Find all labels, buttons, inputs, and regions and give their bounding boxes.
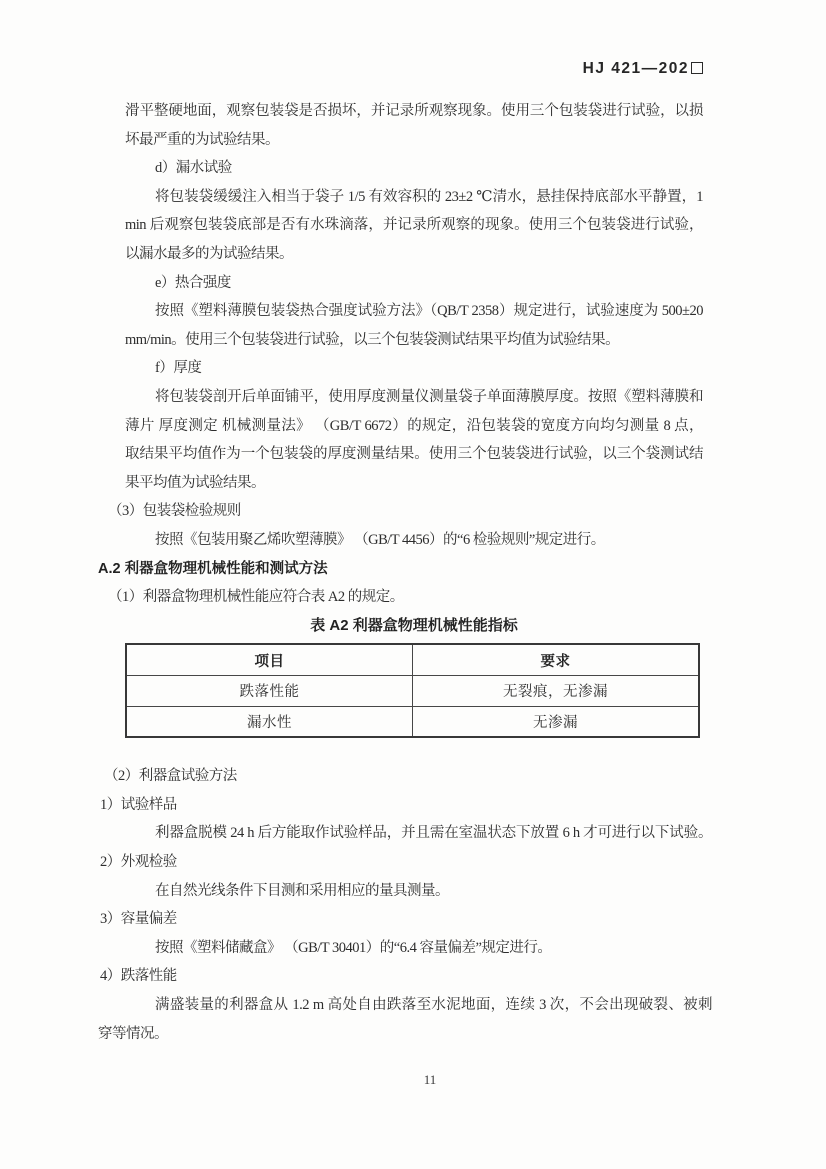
document-page: HJ 421—202 滑平整硬地面，观察包装袋是否损坏，并记录所观察现象。使用三… [0, 0, 826, 1169]
list-item-1: （1）利器盒物理机械性能应符合表 A2 的规定。 [108, 583, 703, 612]
year-placeholder-box [691, 62, 703, 74]
body-line: 利器盒脱模 24 h 后方能取作试验样品，并且需在室温状态下放置 6 h 才可进… [98, 819, 712, 848]
table-cell: 无渗漏 [413, 706, 700, 737]
table-header-requirement: 要求 [413, 644, 700, 675]
body-line: 将包装袋剖开后单面铺平，使用厚度测量仪测量袋子单面薄膜厚度。按照《塑料薄膜和 [125, 383, 703, 412]
table-row: 漏水性 无渗漏 [126, 706, 699, 737]
list-item-f: f）厚度 [125, 354, 703, 383]
document-body: 滑平整硬地面，观察包装袋是否损坏，并记录所观察现象。使用三个包装袋进行试验，以损… [98, 97, 712, 1048]
section-heading-a2: A.2 利器盒物理机械性能和测试方法 [98, 555, 712, 584]
body-line: 滑平整硬地面，观察包装袋是否损坏，并记录所观察现象。使用三个包装袋进行试验，以损 [125, 97, 703, 126]
document-header: HJ 421—202 [583, 60, 703, 78]
table-row: 跌落性能 无裂痕，无渗漏 [126, 675, 699, 706]
list-item-1-num: 1）试验样品 [100, 791, 712, 820]
table-a2: 项目 要求 跌落性能 无裂痕，无渗漏 漏水性 无渗漏 [125, 643, 700, 738]
list-item-3-num: 3）容量偏差 [100, 905, 712, 934]
body-line: 将包装袋缓缓注入相当于袋子 1/5 有效容积的 23±2 ℃清水，悬挂保持底部水… [125, 183, 703, 212]
table-header-row: 项目 要求 [126, 644, 699, 675]
list-item-2-num: 2）外观检验 [100, 848, 712, 877]
table-cell: 漏水性 [126, 706, 413, 737]
table-header-item: 项目 [126, 644, 413, 675]
list-item-4-num: 4）跌落性能 [100, 962, 712, 991]
test-methods-section: （2）利器盒试验方法 1）试验样品 利器盒脱模 24 h 后方能取作试验样品，并… [98, 762, 712, 1048]
page-number: 11 [0, 1072, 826, 1088]
body-line: 穿等情况。 [98, 1020, 712, 1049]
body-line: 以漏水最多的为试验结果。 [125, 240, 703, 269]
body-line: 在自然光线条件下目测和采用相应的量具测量。 [98, 877, 712, 906]
body-line: mm/min。使用三个包装袋进行试验，以三个包装袋测试结果平均值为试验结果。 [125, 326, 703, 355]
list-item-d: d）漏水试验 [125, 154, 703, 183]
list-item-2-paren: （2）利器盒试验方法 [104, 762, 712, 791]
body-line: 满盛装量的利器盒从 1.2 m 高处自由跌落至水泥地面，连续 3 次，不会出现破… [98, 991, 712, 1020]
doc-code: HJ 421—202 [583, 60, 689, 77]
table-cell: 无裂痕，无渗漏 [413, 675, 700, 706]
body-line: 按照《包装用聚乙烯吹塑薄膜》 （GB/T 4456）的“6 检验规则”规定进行。 [125, 526, 703, 555]
list-item-3: （3）包装袋检验规则 [108, 497, 703, 526]
body-line: 按照《塑料储藏盒》 （GB/T 30401）的“6.4 容量偏差”规定进行。 [98, 934, 712, 963]
table-a2-wrapper: 项目 要求 跌落性能 无裂痕，无渗漏 漏水性 无渗漏 [125, 643, 700, 738]
body-line: min 后观察包装袋底部是否有水珠滴落，并记录所观察的现象。使用三个包装袋进行试… [125, 211, 703, 240]
body-line: 坏最严重的为试验结果。 [125, 126, 703, 155]
table-cell: 跌落性能 [126, 675, 413, 706]
body-line: 取结果平均值作为一个包装袋的厚度测量结果。使用三个包装袋进行试验，以三个袋测试结 [125, 440, 703, 469]
list-item-e: e）热合强度 [125, 269, 703, 298]
body-line: 薄片 厚度测定 机械测量法》 （GB/T 6672）的规定，沿包装袋的宽度方向均… [125, 412, 703, 441]
body-line: 果平均值为试验结果。 [125, 469, 703, 498]
table-title: 表 A2 利器盒物理机械性能指标 [125, 612, 703, 641]
body-line: 按照《塑料薄膜包装袋热合强度试验方法》（QB/T 2358）规定进行，试验速度为… [125, 297, 703, 326]
